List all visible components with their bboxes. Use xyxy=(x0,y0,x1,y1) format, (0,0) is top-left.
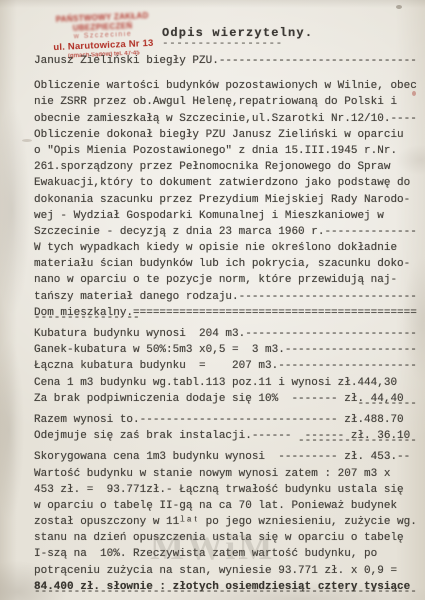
underline-row: ------------- -- xyxy=(34,316,422,321)
document-line: dokonania szacunku przez Prezydium Miejs… xyxy=(34,192,422,208)
document-line: Łączna kubatura budynku = 207 m3.-------… xyxy=(34,358,422,374)
document-line: Razem wynosi to.------------------------… xyxy=(34,412,422,428)
document-line: o "Opis Mienia Pozostawionego" z dnia 15… xyxy=(34,143,422,159)
document-line: W tych wypadkach kiedy w opisie nie okre… xyxy=(34,240,422,256)
document-line: nano w oparciu o te pozycje norm, które … xyxy=(34,272,422,288)
document-line: tańszy materiał danego rodzaju.---------… xyxy=(34,289,422,305)
ink-stain xyxy=(412,91,416,96)
paper-stain xyxy=(396,5,402,9)
document-line: potrąceniu zużycia na stan, wyniesie 93.… xyxy=(34,563,422,579)
scanned-document-page: PAŃSTWOWY ZAKŁAD UBEZPIECZEŃ w Szczecini… xyxy=(0,0,425,600)
document-line: 261.sporządzony przez Pełnomocnika Rejon… xyxy=(34,159,422,175)
document-line: Ganek-kubatura w 50%:5m3 x0,5 = 3 m3.---… xyxy=(34,342,422,358)
document-line: Kubatura budynku wynosi 204 m3.---------… xyxy=(34,326,422,342)
underline-row: --------- xyxy=(34,402,422,407)
document-line: Obliczenie dokonał biegły PZU Janusz Zie… xyxy=(34,127,422,143)
title-block: Odpis wierzytelny. ----------------- xyxy=(162,26,313,48)
paper-stain xyxy=(22,139,32,142)
document-body: Janusz Zieliński biegły PZU.------------… xyxy=(34,53,422,600)
document-line: I-szą na 10%. Rzeczywista zatem wartość … xyxy=(34,546,422,562)
document-line: Ewakuacji,który to dokument zatwierdzono… xyxy=(34,175,422,191)
document-line: stanu na dzień opuszczenia ustala się w … xyxy=(34,530,422,546)
underline-row: ------------------ xyxy=(34,439,422,444)
underline-row: ----------------------------------------… xyxy=(34,590,422,595)
document-line: nie ZSRR przez ob.Awgul Helenę,repatriow… xyxy=(34,94,422,110)
document-line: wej - Wydział Gospodarki Komunalnej i Mi… xyxy=(34,208,422,224)
document-line: Janusz Zieliński biegły PZU.------------… xyxy=(34,53,422,69)
document-line: Wartość budynku w stanie nowym wynosi za… xyxy=(34,466,422,482)
document-line: 453 zł. = 93.771zł.- Łączną trwałość bud… xyxy=(34,482,422,498)
document-line: Obliczenie wartości budynków pozostawion… xyxy=(34,78,422,94)
document-line: Skorygowana cena 1m3 budynku wynosi ----… xyxy=(34,449,422,465)
document-line: został opuszczony w 11ˡᵃᵗ po jego wznies… xyxy=(34,514,422,530)
document-line: w oparciu o tabelę II-gą na ca 70 lat. P… xyxy=(34,498,422,514)
document-line: Cena 1 m3 budynku wg.tabl.113 poz.11 i w… xyxy=(34,375,422,391)
document-line: materiału ścian budynków lub ich pokryci… xyxy=(34,256,422,272)
title-underline: ----------------- xyxy=(162,40,313,48)
document-line: obecnie zamieszkałą w Szczecinie,ul.Szar… xyxy=(34,111,422,127)
document-line: Szczecinie - decyzją z dnia 23 marca 196… xyxy=(34,224,422,240)
